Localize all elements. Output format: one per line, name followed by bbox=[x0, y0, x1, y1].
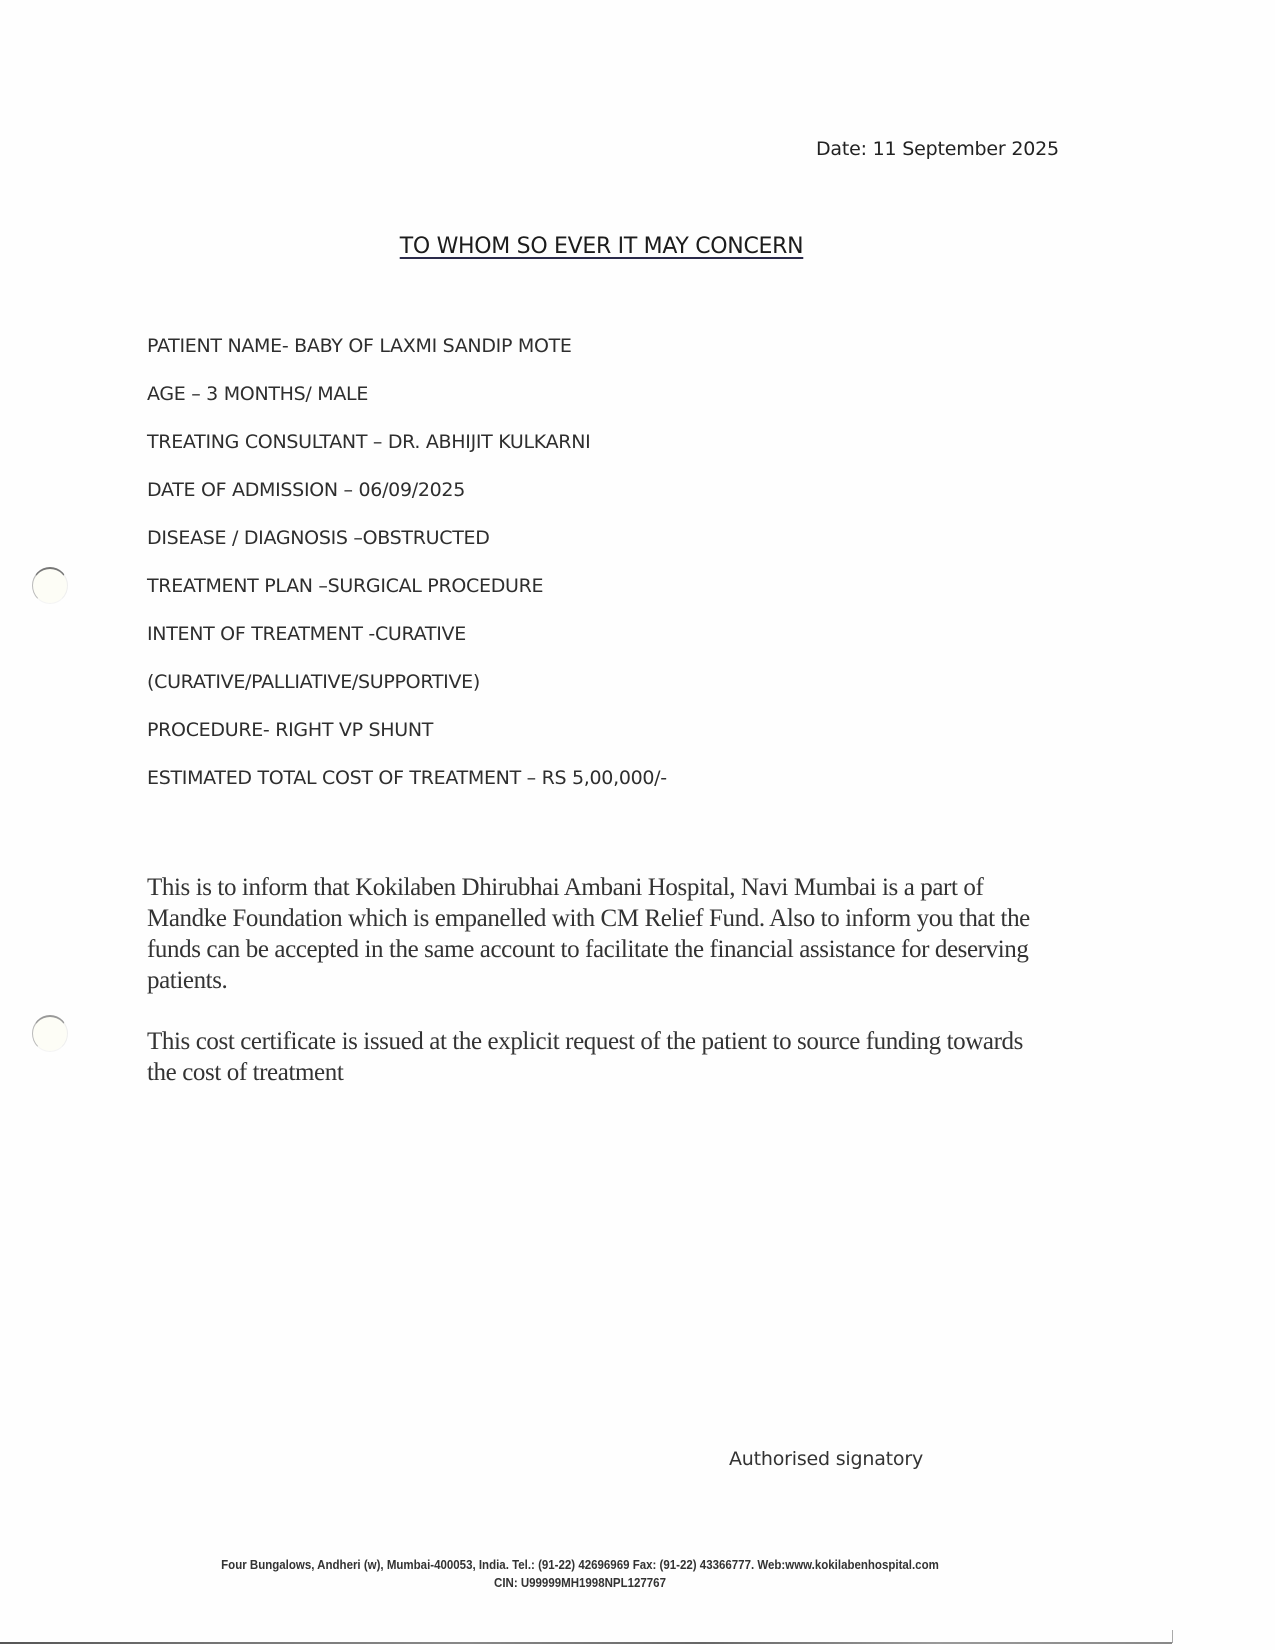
patient-details: PATIENT NAME- BABY OF LAXMI SANDIP MOTE … bbox=[147, 334, 667, 814]
field-intent-options: (CURATIVE/PALLIATIVE/SUPPORTIVE) bbox=[147, 670, 667, 718]
hole-punch-mark bbox=[32, 567, 68, 604]
field-age: AGE – 3 MONTHS/ MALE bbox=[147, 382, 667, 430]
field-procedure: PROCEDURE- RIGHT VP SHUNT bbox=[147, 718, 667, 766]
field-treatment-plan: TREATMENT PLAN –SURGICAL PROCEDURE bbox=[147, 574, 667, 622]
field-diagnosis: DISEASE / DIAGNOSIS –OBSTRUCTED bbox=[147, 526, 667, 574]
field-treating-consultant: TREATING CONSULTANT – DR. ABHIJIT KULKAR… bbox=[147, 430, 667, 478]
field-date-of-admission: DATE OF ADMISSION – 06/09/2025 bbox=[147, 478, 667, 526]
hole-punch-mark bbox=[32, 1015, 68, 1052]
paragraph-empanelment: This is to inform that Kokilaben Dhirubh… bbox=[147, 872, 1047, 996]
paragraph-certificate-purpose: This cost certificate is issued at the e… bbox=[147, 1026, 1047, 1088]
letterhead-footer: Four Bungalows, Andheri (w), Mumbai-4000… bbox=[46, 1556, 1113, 1592]
letter-title-text: TO WHOM SO EVER IT MAY CONCERN bbox=[400, 234, 804, 259]
footer-cin: CIN: U99999MH1998NPL127767 bbox=[46, 1574, 1113, 1592]
footer-address: Four Bungalows, Andheri (w), Mumbai-4000… bbox=[46, 1556, 1113, 1574]
field-estimated-cost: ESTIMATED TOTAL COST OF TREATMENT – RS 5… bbox=[147, 766, 667, 814]
letter-date: Date: 11 September 2025 bbox=[816, 138, 1059, 160]
letter-title: TO WHOM SO EVER IT MAY CONCERN bbox=[0, 234, 1203, 259]
field-intent-of-treatment: INTENT OF TREATMENT -CURATIVE bbox=[147, 622, 667, 670]
letter-page: Date: 11 September 2025 TO WHOM SO EVER … bbox=[0, 0, 1275, 1650]
field-patient-name: PATIENT NAME- BABY OF LAXMI SANDIP MOTE bbox=[147, 334, 667, 382]
scan-edge-corner bbox=[1172, 1630, 1173, 1643]
authorised-signatory: Authorised signatory bbox=[729, 1448, 923, 1470]
scan-edge-line bbox=[0, 1642, 1172, 1644]
